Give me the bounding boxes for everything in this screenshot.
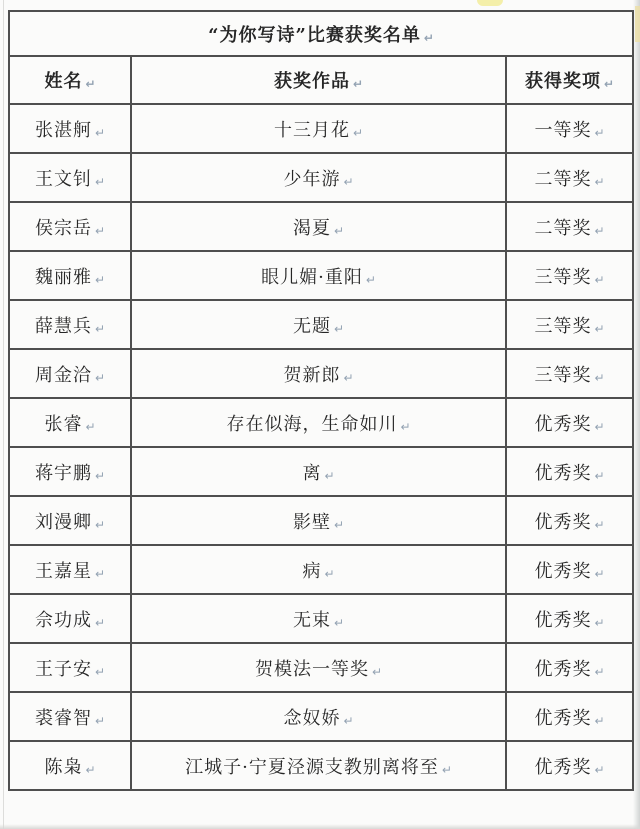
award-cell: 优秀奖↵: [506, 594, 633, 643]
award-cell-text: 优秀奖: [534, 512, 591, 533]
award-cell-text: 优秀奖: [534, 708, 591, 729]
table-row: 侯宗岳↵渴夏↵二等奖↵: [9, 202, 633, 251]
name-cell-text: 裘睿智: [35, 708, 92, 729]
paragraph-mark: ↵: [366, 273, 376, 287]
paragraph-mark: ↵: [594, 224, 604, 238]
name-cell: 陈枭↵: [9, 741, 131, 790]
paragraph-mark: ↵: [594, 616, 604, 630]
work-cell-text: 念奴娇: [283, 708, 340, 729]
table-row: 张睿↵存在似海，生命如川↵优秀奖↵: [9, 398, 633, 447]
name-cell: 周金洽↵: [9, 349, 131, 398]
award-cell-text: 三等奖: [534, 365, 591, 386]
award-cell-text: 优秀奖: [534, 463, 591, 484]
paragraph-mark: ↵: [334, 518, 344, 532]
work-cell: 眼儿媚·重阳↵: [131, 251, 506, 300]
table-row: 周金洽↵贺新郎↵三等奖↵: [9, 349, 633, 398]
work-cell-text: 无束: [293, 610, 331, 631]
paragraph-mark: ↵: [594, 469, 604, 483]
work-cell-text: 贺模法一等奖: [255, 659, 369, 680]
paragraph-mark: ↵: [594, 175, 604, 189]
yellow-highlight-mark-right: [635, 6, 640, 42]
work-cell-text: 无题: [293, 316, 331, 337]
table-title-row: “为你写诗”比赛获奖名单↵: [9, 11, 633, 56]
work-cell-text: 贺新郎: [283, 365, 340, 386]
table-row: 张湛舸↵十三月花↵一等奖↵: [9, 104, 633, 153]
work-cell: 念奴娇↵: [131, 692, 506, 741]
work-cell: 离↵: [131, 447, 506, 496]
name-cell-text: 王子安: [35, 659, 92, 680]
paragraph-mark: ↵: [95, 518, 105, 532]
award-cell: 优秀奖↵: [506, 692, 633, 741]
paragraph-mark: ↵: [95, 665, 105, 679]
work-cell-text: 少年游: [283, 169, 340, 190]
page-title-text: “为你写诗”比赛获奖名单: [208, 25, 421, 46]
paragraph-mark: ↵: [95, 224, 105, 238]
award-cell-text: 优秀奖: [534, 659, 591, 680]
table-row: 佘功成↵无束↵优秀奖↵: [9, 594, 633, 643]
scan-shadow-right: [633, 0, 640, 829]
award-cell: 优秀奖↵: [506, 496, 633, 545]
scan-shadow-bottom: [0, 824, 640, 829]
name-cell-text: 张睿: [44, 414, 82, 435]
paragraph-mark: ↵: [442, 763, 452, 777]
yellow-highlight-mark-top: [477, 0, 503, 6]
paragraph-mark: ↵: [95, 469, 105, 483]
name-cell-text: 侯宗岳: [35, 218, 92, 239]
table-row: 薛慧兵↵无题↵三等奖↵: [9, 300, 633, 349]
column-header-text: 姓名: [44, 71, 82, 92]
paragraph-mark: ↵: [604, 77, 614, 91]
paragraph-mark: ↵: [95, 616, 105, 630]
award-cell-text: 一等奖: [534, 120, 591, 141]
table-row: 王子安↵贺模法一等奖↵优秀奖↵: [9, 643, 633, 692]
name-cell: 张睿↵: [9, 398, 131, 447]
paragraph-mark: ↵: [334, 616, 344, 630]
work-cell: 存在似海，生命如川↵: [131, 398, 506, 447]
work-cell: 无题↵: [131, 300, 506, 349]
work-cell: 影壁↵: [131, 496, 506, 545]
award-cell: 三等奖↵: [506, 349, 633, 398]
paragraph-mark: ↵: [594, 714, 604, 728]
name-cell: 魏丽雅↵: [9, 251, 131, 300]
work-cell: 江城子·宁夏泾源支教别离将至↵: [131, 741, 506, 790]
table-row: 王文钊↵少年游↵二等奖↵: [9, 153, 633, 202]
paragraph-mark: ↵: [324, 567, 334, 581]
work-cell-text: 病: [302, 561, 321, 582]
page-title: “为你写诗”比赛获奖名单↵: [9, 11, 633, 56]
paragraph-mark: ↵: [343, 714, 353, 728]
name-cell: 薛慧兵↵: [9, 300, 131, 349]
award-cell: 优秀奖↵: [506, 545, 633, 594]
name-cell: 刘漫卿↵: [9, 496, 131, 545]
table-row: 王嘉星↵病↵优秀奖↵: [9, 545, 633, 594]
work-cell: 贺模法一等奖↵: [131, 643, 506, 692]
work-cell-text: 十三月花: [274, 120, 350, 141]
paragraph-mark: ↵: [334, 224, 344, 238]
name-cell-text: 薛慧兵: [35, 316, 92, 337]
table-row: 刘漫卿↵影壁↵优秀奖↵: [9, 496, 633, 545]
table-row: 魏丽雅↵眼儿媚·重阳↵三等奖↵: [9, 251, 633, 300]
paragraph-mark: ↵: [372, 665, 382, 679]
column-header-text: 获得奖项: [525, 71, 601, 92]
paragraph-mark: ↵: [594, 518, 604, 532]
paragraph-mark: ↵: [424, 31, 434, 45]
paragraph-mark: ↵: [594, 126, 604, 140]
award-cell: 优秀奖↵: [506, 398, 633, 447]
paragraph-mark: ↵: [95, 175, 105, 189]
name-cell-text: 王嘉星: [35, 561, 92, 582]
work-cell-text: 渴夏: [293, 218, 331, 239]
paragraph-mark: ↵: [95, 371, 105, 385]
award-cell-text: 二等奖: [534, 218, 591, 239]
paragraph-mark: ↵: [353, 77, 363, 91]
work-cell: 贺新郎↵: [131, 349, 506, 398]
paragraph-mark: ↵: [400, 420, 410, 434]
column-header-work: 获奖作品↵: [131, 56, 506, 104]
work-cell: 少年游↵: [131, 153, 506, 202]
name-cell: 蒋宇鹏↵: [9, 447, 131, 496]
table-row: 裘睿智↵念奴娇↵优秀奖↵: [9, 692, 633, 741]
name-cell-text: 刘漫卿: [35, 512, 92, 533]
paragraph-mark: ↵: [594, 322, 604, 336]
award-cell: 优秀奖↵: [506, 741, 633, 790]
paragraph-mark: ↵: [594, 420, 604, 434]
name-cell: 王文钊↵: [9, 153, 131, 202]
work-cell: 渴夏↵: [131, 202, 506, 251]
name-cell-text: 陈枭: [44, 757, 82, 778]
paragraph-mark: ↵: [95, 273, 105, 287]
name-cell: 王子安↵: [9, 643, 131, 692]
name-cell-text: 佘功成: [35, 610, 92, 631]
paragraph-mark: ↵: [95, 322, 105, 336]
paragraph-mark: ↵: [594, 763, 604, 777]
paragraph-mark: ↵: [95, 567, 105, 581]
paragraph-mark: ↵: [594, 371, 604, 385]
name-cell: 侯宗岳↵: [9, 202, 131, 251]
paragraph-mark: ↵: [95, 714, 105, 728]
paragraph-mark: ↵: [85, 420, 95, 434]
work-cell-text: 存在似海，生命如川: [226, 414, 397, 435]
work-cell-text: 江城子·宁夏泾源支教别离将至: [185, 757, 439, 778]
work-cell-text: 离: [302, 463, 321, 484]
paragraph-mark: ↵: [95, 126, 105, 140]
award-cell: 二等奖↵: [506, 202, 633, 251]
award-cell-text: 三等奖: [534, 316, 591, 337]
award-cell-text: 优秀奖: [534, 757, 591, 778]
name-cell-text: 张湛舸: [35, 120, 92, 141]
work-cell-text: 眼儿媚·重阳: [261, 267, 363, 288]
paragraph-mark: ↵: [343, 371, 353, 385]
paragraph-mark: ↵: [594, 273, 604, 287]
award-cell-text: 优秀奖: [534, 414, 591, 435]
column-header-award: 获得奖项↵: [506, 56, 633, 104]
scan-edge-line: [3, 0, 4, 829]
paragraph-mark: ↵: [594, 567, 604, 581]
award-cell: 三等奖↵: [506, 300, 633, 349]
award-cell: 一等奖↵: [506, 104, 633, 153]
award-cell-text: 二等奖: [534, 169, 591, 190]
table-row: 陈枭↵江城子·宁夏泾源支教别离将至↵优秀奖↵: [9, 741, 633, 790]
table-header-row: 姓名↵ 获奖作品↵ 获得奖项↵: [9, 56, 633, 104]
work-cell: 病↵: [131, 545, 506, 594]
award-cell-text: 三等奖: [534, 267, 591, 288]
work-cell: 无束↵: [131, 594, 506, 643]
work-cell: 十三月花↵: [131, 104, 506, 153]
paragraph-mark: ↵: [85, 763, 95, 777]
name-cell: 佘功成↵: [9, 594, 131, 643]
name-cell-text: 王文钊: [35, 169, 92, 190]
column-header-text: 获奖作品: [274, 71, 350, 92]
column-header-name: 姓名↵: [9, 56, 131, 104]
award-cell: 优秀奖↵: [506, 447, 633, 496]
award-cell: 三等奖↵: [506, 251, 633, 300]
award-cell-text: 优秀奖: [534, 561, 591, 582]
name-cell-text: 蒋宇鹏: [35, 463, 92, 484]
work-cell-text: 影壁: [293, 512, 331, 533]
paragraph-mark: ↵: [343, 175, 353, 189]
name-cell: 张湛舸↵: [9, 104, 131, 153]
award-cell-text: 优秀奖: [534, 610, 591, 631]
name-cell-text: 周金洽: [35, 365, 92, 386]
paragraph-mark: ↵: [85, 77, 95, 91]
award-cell: 二等奖↵: [506, 153, 633, 202]
award-table: “为你写诗”比赛获奖名单↵ 姓名↵ 获奖作品↵ 获得奖项↵ 张湛舸↵十三月花↵一…: [8, 10, 634, 791]
paragraph-mark: ↵: [353, 126, 363, 140]
name-cell: 裘睿智↵: [9, 692, 131, 741]
paragraph-mark: ↵: [594, 665, 604, 679]
paragraph-mark: ↵: [334, 322, 344, 336]
award-cell: 优秀奖↵: [506, 643, 633, 692]
paragraph-mark: ↵: [324, 469, 334, 483]
name-cell-text: 魏丽雅: [35, 267, 92, 288]
table-row: 蒋宇鹏↵离↵优秀奖↵: [9, 447, 633, 496]
name-cell: 王嘉星↵: [9, 545, 131, 594]
